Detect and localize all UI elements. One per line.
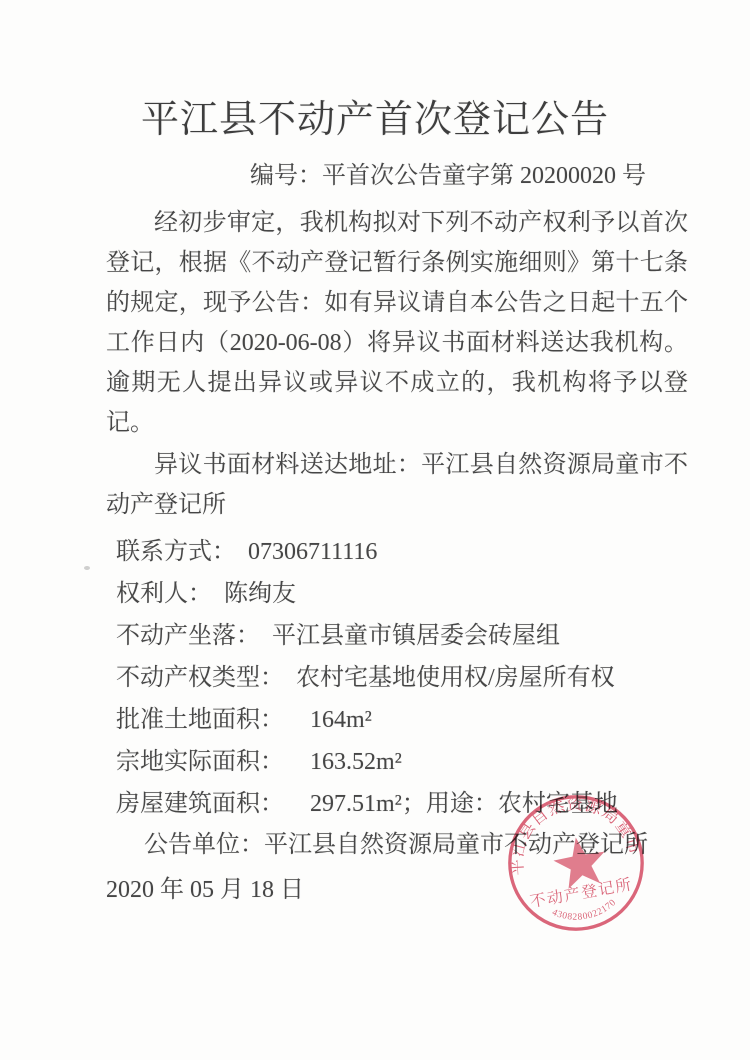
field-value: 陈绚友 (224, 581, 296, 607)
field-right-holder: 权利人：陈绚友 (116, 573, 688, 615)
scan-speckle (84, 566, 90, 570)
field-label: 联系方式： (116, 531, 236, 573)
field-right-type: 不动产权类型：农村宅基地使用权/房屋所有权 (116, 657, 688, 699)
field-value: 163.52m² (310, 749, 402, 775)
field-parcel-actual-area: 宗地实际面积：163.52m² (116, 741, 688, 783)
field-label: 权利人： (116, 573, 212, 615)
field-label: 不动产坐落： (116, 615, 260, 657)
objection-address: 异议书面材料送达地址：平江县自然资源局童市不动产登记所 (106, 445, 688, 525)
field-label: 不动产权类型： (116, 657, 284, 699)
field-contact: 联系方式：07306711116 (116, 531, 688, 573)
field-value: 农村宅基地使用权/房屋所有权 (296, 665, 615, 691)
field-value: 07306711116 (248, 539, 377, 565)
field-value: 平江县童市镇居委会砖屋组 (272, 623, 560, 649)
field-label: 宗地实际面积： (116, 741, 284, 783)
seal-center-text: 不动产登记所 (529, 875, 634, 911)
field-label: 房屋建筑面积： (116, 783, 284, 825)
doc-number: 编号：平首次公告童字第 20200020 号 (0, 155, 750, 190)
field-label: 批准土地面积： (116, 699, 284, 741)
page-title: 平江县不动产首次登记公告 (0, 88, 750, 143)
scanned-announcement-page: 平江县不动产首次登记公告 编号：平首次公告童字第 20200020 号 经初步审… (0, 0, 750, 1060)
field-approved-land-area: 批准土地面积：164m² (116, 699, 688, 741)
official-seal: 平江县自然资源局童市 不动产登记所 4308280022170 (492, 779, 660, 947)
field-value: 164m² (310, 707, 372, 733)
field-location: 不动产坐落：平江县童市镇居委会砖屋组 (116, 615, 688, 657)
intro-paragraph: 经初步审定，我机构拟对下列不动产权利予以首次登记，根据《不动产登记暂行条例实施细… (106, 203, 688, 443)
